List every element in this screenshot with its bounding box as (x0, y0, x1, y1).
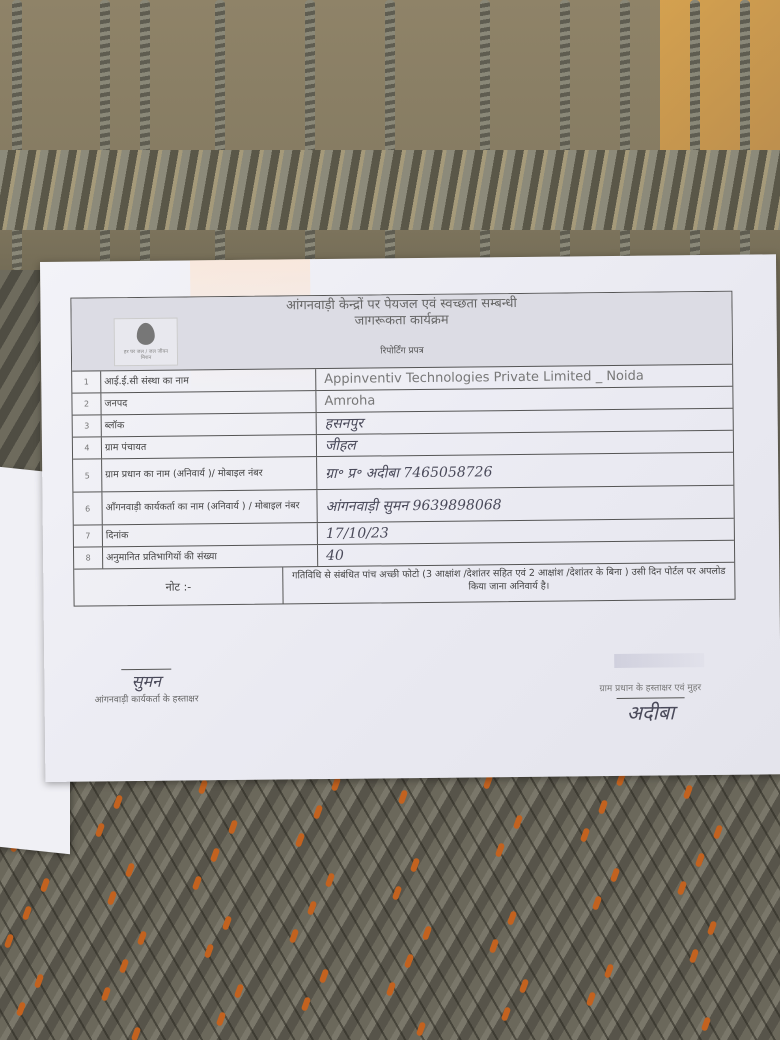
note-row: नोट :- गतिविधि से संबंधित पांच अच्छी फोट… (74, 563, 734, 606)
orange-cloth (660, 0, 780, 160)
row-number: 5 (73, 459, 102, 491)
cot-frame-rope (0, 150, 780, 230)
woven-cot-surface (0, 770, 780, 1040)
row-value: 40 (318, 541, 734, 566)
row-number: 4 (73, 437, 102, 458)
row-label: आई.ई.सी संस्था का नाम (101, 369, 316, 392)
row-value: हसनपुर (317, 409, 733, 434)
row-number: 3 (73, 415, 102, 436)
row-label: जनपद (101, 391, 316, 414)
row-value: जीहल (317, 431, 733, 456)
row-value: आंगनवाड़ी सुमन 9639898068 (317, 486, 733, 522)
reporting-form-sheet: हर घर जल / जल जीवन मिशन आंगनवाड़ी केन्द्… (40, 254, 780, 782)
row-number: 6 (73, 492, 102, 524)
row-number: 1 (72, 371, 101, 392)
row-number: 7 (74, 525, 103, 546)
row-number: 2 (72, 393, 101, 414)
form-table: हर घर जल / जल जीवन मिशन आंगनवाड़ी केन्द्… (70, 291, 735, 607)
note-text: गतिविधि से संबंधित पांच अच्छी फोटो (3 आक… (283, 563, 734, 604)
row-label: ग्राम पंचायत (102, 435, 317, 458)
row-label: ब्लॉक (102, 413, 317, 436)
pradhan-signature: ग्राम प्रधान के हस्ताक्षर एवं मुहर अदीबा (599, 680, 701, 726)
row-value: Appinventiv Technologies Private Limited… (316, 365, 732, 390)
note-label: नोट :- (74, 567, 283, 605)
faint-stamp (614, 653, 704, 668)
row-label: आँगनवाड़ी कार्यकर्ता का नाम (अनिवार्य ) … (102, 490, 317, 524)
row-value: Amroha (316, 387, 732, 412)
row-value: 17/10/23 (318, 519, 734, 544)
row-number: 8 (74, 547, 103, 568)
row-label: ग्राम प्रधान का नाम (अनिवार्य )/ मोबाइल … (102, 457, 317, 491)
form-title: आंगनवाड़ी केन्द्रों पर पेयजल एवं स्वच्छत… (71, 294, 731, 333)
row-value: ग्रा॰ प्र॰ अदीबा 7465058726 (317, 453, 733, 489)
row-label: अनुमानित प्रतिभागियों की संख्या (103, 545, 318, 568)
form-header: हर घर जल / जल जीवन मिशन आंगनवाड़ी केन्द्… (71, 292, 732, 372)
anganwadi-worker-signature: सुमन आंगनवाड़ी कार्यकर्ता के हस्ताक्षर (94, 668, 198, 705)
row-label: दिनांक (103, 523, 318, 546)
